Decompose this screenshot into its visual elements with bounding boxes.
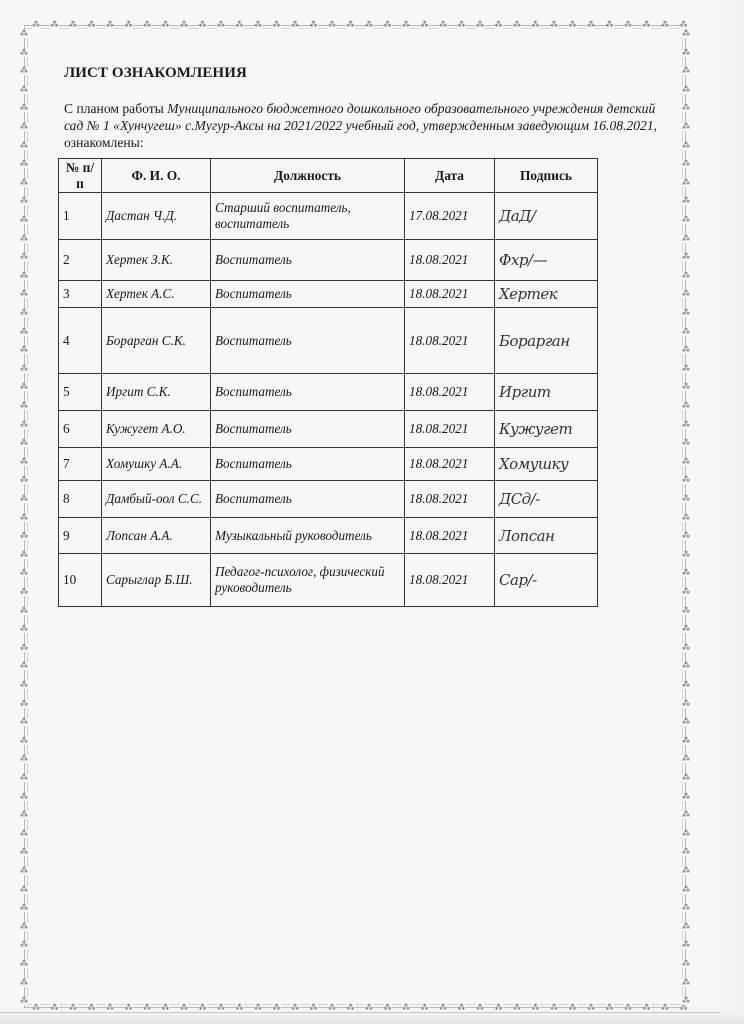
trefoil-ornament-icon: ⁂ [682,328,690,336]
row-number: 4 [59,308,102,374]
page-title: ЛИСТ ОЗНАКОМЛЕНИЯ [64,65,247,82]
header-date: Дата [405,159,495,193]
trefoil-ornament-icon: ⁂ [88,21,96,29]
row-position: Воспитатель [211,481,405,518]
trefoil-ornament-icon: ⁂ [20,607,28,615]
trefoil-ornament-icon: ⁂ [682,867,690,875]
trefoil-ornament-icon: ⁂ [20,700,28,708]
trefoil-ornament-icon: ⁂ [20,421,28,429]
table-row: 2Хертек З.К.Воспитатель18.08.2021Фхр/— [59,240,598,281]
row-name: Дамбый-оол С.С. [102,481,211,518]
trefoil-ornament-icon: ⁂ [682,588,690,596]
trefoil-ornament-icon: ⁂ [682,923,690,931]
row-position: Воспитатель [211,308,405,374]
trefoil-ornament-icon: ⁂ [682,979,690,987]
trefoil-ornament-icon: ⁂ [180,21,188,29]
trefoil-ornament-icon: ⁂ [402,21,410,29]
trefoil-ornament-icon: ⁂ [20,235,28,243]
trefoil-ornament-icon: ⁂ [20,588,28,596]
row-position: Воспитатель [211,281,405,308]
header-signature: Подпись [495,159,598,193]
trefoil-ornament-icon: ⁂ [88,1004,96,1012]
trefoil-ornament-icon: ⁂ [20,737,28,745]
trefoil-ornament-icon: ⁂ [682,30,690,38]
trefoil-ornament-icon: ⁂ [20,495,28,503]
trefoil-ornament-icon: ⁂ [20,774,28,782]
acknowledgement-table: № п/п Ф. И. О. Должность Дата Подпись 1Д… [58,158,598,607]
trefoil-ornament-icon: ⁂ [20,253,28,261]
trefoil-ornament-icon: ⁂ [20,532,28,540]
trefoil-ornament-icon: ⁂ [365,1004,373,1012]
trefoil-ornament-icon: ⁂ [682,49,690,57]
trefoil-ornament-icon: ⁂ [162,1004,170,1012]
trefoil-ornament-icon: ⁂ [682,737,690,745]
trefoil-ornament-icon: ⁂ [682,662,690,670]
trefoil-ornament-icon: ⁂ [20,514,28,522]
row-signature: ДаД/ [495,193,598,240]
row-number: 10 [59,554,102,607]
trefoil-ornament-icon: ⁂ [439,1004,447,1012]
trefoil-ornament-icon: ⁂ [20,941,28,949]
trefoil-ornament-icon: ⁂ [384,1004,392,1012]
trefoil-ornament-icon: ⁂ [682,755,690,763]
trefoil-ornament-icon: ⁂ [20,216,28,224]
trefoil-ornament-icon: ⁂ [217,21,225,29]
trefoil-ornament-icon: ⁂ [20,662,28,670]
trefoil-ornament-icon: ⁂ [532,1004,540,1012]
table-row: 8Дамбый-оол С.С.Воспитатель18.08.2021ДСд… [59,481,598,518]
trefoil-ornament-icon: ⁂ [217,1004,225,1012]
trefoil-ornament-icon: ⁂ [682,142,690,150]
trefoil-ornament-icon: ⁂ [421,21,429,29]
trefoil-ornament-icon: ⁂ [20,290,28,298]
trefoil-ornament-icon: ⁂ [106,1004,114,1012]
trefoil-ornament-icon: ⁂ [365,21,373,29]
trefoil-ornament-icon: ⁂ [143,1004,151,1012]
row-position: Старший воспитатель, воспитатель [211,193,405,240]
trefoil-ornament-icon: ⁂ [550,1004,558,1012]
trefoil-ornament-icon: ⁂ [495,1004,503,1012]
trefoil-ornament-icon: ⁂ [532,21,540,29]
trefoil-ornament-icon: ⁂ [682,718,690,726]
trefoil-ornament-icon: ⁂ [20,142,28,150]
row-number: 5 [59,374,102,411]
trefoil-ornament-icon: ⁂ [32,21,40,29]
trefoil-ornament-icon: ⁂ [180,1004,188,1012]
trefoil-ornament-icon: ⁂ [32,1004,40,1012]
trefoil-ornament-icon: ⁂ [20,625,28,633]
trefoil-ornament-icon: ⁂ [682,235,690,243]
row-number: 2 [59,240,102,281]
trefoil-ornament-icon: ⁂ [458,21,466,29]
trefoil-ornament-icon: ⁂ [513,1004,521,1012]
row-position: Воспитатель [211,374,405,411]
trefoil-ornament-icon: ⁂ [328,1004,336,1012]
trefoil-ornament-icon: ⁂ [682,346,690,354]
trefoil-ornament-icon: ⁂ [20,49,28,57]
header-number: № п/п [59,159,102,193]
trefoil-ornament-icon: ⁂ [513,21,521,29]
trefoil-ornament-icon: ⁂ [682,607,690,615]
trefoil-ornament-icon: ⁂ [682,960,690,968]
trefoil-ornament-icon: ⁂ [20,458,28,466]
trefoil-ornament-icon: ⁂ [682,439,690,447]
trefoil-ornament-icon: ⁂ [51,1004,59,1012]
table-row: 7Хомушку А.А.Воспитатель18.08.2021Хомушк… [59,448,598,481]
trefoil-ornament-icon: ⁂ [624,21,632,29]
row-date: 18.08.2021 [405,374,495,411]
trefoil-ornament-icon: ⁂ [20,365,28,373]
trefoil-ornament-icon: ⁂ [69,1004,77,1012]
trefoil-ornament-icon: ⁂ [20,793,28,801]
row-name: Дастан Ч.Д. [102,193,211,240]
trefoil-ornament-icon: ⁂ [20,272,28,280]
trefoil-ornament-icon: ⁂ [236,1004,244,1012]
trefoil-ornament-icon: ⁂ [236,21,244,29]
trefoil-ornament-icon: ⁂ [20,644,28,652]
row-position: Воспитатель [211,240,405,281]
trefoil-ornament-icon: ⁂ [20,346,28,354]
trefoil-ornament-icon: ⁂ [384,21,392,29]
row-date: 18.08.2021 [405,448,495,481]
trefoil-ornament-icon: ⁂ [682,644,690,652]
trefoil-ornament-icon: ⁂ [682,514,690,522]
row-name: Кужугет А.О. [102,411,211,448]
trefoil-ornament-icon: ⁂ [20,867,28,875]
trefoil-ornament-icon: ⁂ [682,569,690,577]
row-number: 1 [59,193,102,240]
row-signature: Борарган [495,308,598,374]
trefoil-ornament-icon: ⁂ [20,104,28,112]
header-position: Должность [211,159,405,193]
trefoil-ornament-icon: ⁂ [682,830,690,838]
trefoil-ornament-icon: ⁂ [20,402,28,410]
row-signature: Хомушку [495,448,598,481]
row-name: Хомушку А.А. [102,448,211,481]
trefoil-ornament-icon: ⁂ [20,848,28,856]
table-row: 1Дастан Ч.Д.Старший воспитатель, воспита… [59,193,598,240]
row-date: 18.08.2021 [405,411,495,448]
row-signature: Сар/- [495,554,598,607]
trefoil-ornament-icon: ⁂ [20,123,28,131]
trefoil-ornament-icon: ⁂ [328,21,336,29]
trefoil-ornament-icon: ⁂ [458,1004,466,1012]
trefoil-ornament-icon: ⁂ [20,904,28,912]
table-row: 6Кужугет А.О.Воспитатель18.08.2021Кужуге… [59,411,598,448]
trefoil-ornament-icon: ⁂ [347,21,355,29]
table-row: 4Борарган С.К.Воспитатель18.08.2021Борар… [59,308,598,374]
trefoil-ornament-icon: ⁂ [291,1004,299,1012]
row-number: 7 [59,448,102,481]
trefoil-ornament-icon: ⁂ [20,383,28,391]
row-position: Воспитатель [211,411,405,448]
trefoil-ornament-icon: ⁂ [682,700,690,708]
row-position: Педагог-психолог, физический руководител… [211,554,405,607]
trefoil-ornament-icon: ⁂ [682,793,690,801]
trefoil-ornament-icon: ⁂ [20,197,28,205]
trefoil-ornament-icon: ⁂ [20,30,28,38]
table-row: 5Иргит С.К.Воспитатель18.08.2021Иргит [59,374,598,411]
trefoil-ornament-icon: ⁂ [310,1004,318,1012]
trefoil-ornament-icon: ⁂ [254,1004,262,1012]
row-number: 3 [59,281,102,308]
trefoil-ornament-icon: ⁂ [682,495,690,503]
trefoil-ornament-icon: ⁂ [682,272,690,280]
row-name: Хертек З.К. [102,240,211,281]
row-position: Воспитатель [211,448,405,481]
trefoil-ornament-icon: ⁂ [402,1004,410,1012]
row-date: 17.08.2021 [405,193,495,240]
trefoil-ornament-icon: ⁂ [20,923,28,931]
row-name: Сарыглар Б.Ш. [102,554,211,607]
trefoil-ornament-icon: ⁂ [682,365,690,373]
row-date: 18.08.2021 [405,281,495,308]
trefoil-ornament-icon: ⁂ [682,997,690,1005]
scan-edge-line [0,1012,720,1013]
trefoil-ornament-icon: ⁂ [550,21,558,29]
row-number: 9 [59,518,102,554]
trefoil-ornament-icon: ⁂ [254,21,262,29]
trefoil-ornament-icon: ⁂ [682,941,690,949]
trefoil-ornament-icon: ⁂ [20,439,28,447]
trefoil-ornament-icon: ⁂ [682,532,690,540]
table-header-row: № п/п Ф. И. О. Должность Дата Подпись [59,159,598,193]
trefoil-ornament-icon: ⁂ [682,179,690,187]
trefoil-ornament-icon: ⁂ [20,569,28,577]
trefoil-ornament-icon: ⁂ [682,216,690,224]
row-name: Иргит С.К. [102,374,211,411]
trefoil-ornament-icon: ⁂ [682,104,690,112]
trefoil-ornament-icon: ⁂ [106,21,114,29]
row-number: 8 [59,481,102,518]
trefoil-ornament-icon: ⁂ [291,21,299,29]
trefoil-ornament-icon: ⁂ [569,21,577,29]
trefoil-ornament-icon: ⁂ [439,21,447,29]
trefoil-ornament-icon: ⁂ [20,997,28,1005]
table-row: 3Хертек А.С.Воспитатель18.08.2021Хертек [59,281,598,308]
table-row: 10Сарыглар Б.Ш.Педагог-психолог, физичес… [59,554,598,607]
trefoil-ornament-icon: ⁂ [682,811,690,819]
table-row: 9Лопсан А.А.Музыкальный руководитель18.0… [59,518,598,554]
trefoil-ornament-icon: ⁂ [310,21,318,29]
trefoil-ornament-icon: ⁂ [20,67,28,75]
trefoil-ornament-icon: ⁂ [495,21,503,29]
trefoil-ornament-icon: ⁂ [682,458,690,466]
trefoil-ornament-icon: ⁂ [682,904,690,912]
trefoil-ornament-icon: ⁂ [20,309,28,317]
trefoil-ornament-icon: ⁂ [682,886,690,894]
row-name: Лопсан А.А. [102,518,211,554]
row-number: 6 [59,411,102,448]
scan-right-edge [712,0,744,1024]
trefoil-ornament-icon: ⁂ [661,1004,669,1012]
row-signature: Хертек [495,281,598,308]
trefoil-ornament-icon: ⁂ [643,21,651,29]
trefoil-ornament-icon: ⁂ [273,1004,281,1012]
trefoil-ornament-icon: ⁂ [682,681,690,689]
trefoil-ornament-icon: ⁂ [682,86,690,94]
trefoil-ornament-icon: ⁂ [682,421,690,429]
trefoil-ornament-icon: ⁂ [20,718,28,726]
trefoil-ornament-icon: ⁂ [476,21,484,29]
row-signature: Фхр/— [495,240,598,281]
trefoil-ornament-icon: ⁂ [606,1004,614,1012]
trefoil-ornament-icon: ⁂ [643,1004,651,1012]
trefoil-ornament-icon: ⁂ [20,160,28,168]
trefoil-ornament-icon: ⁂ [682,625,690,633]
trefoil-ornament-icon: ⁂ [682,848,690,856]
row-signature: Кужугет [495,411,598,448]
row-date: 18.08.2021 [405,481,495,518]
trefoil-ornament-icon: ⁂ [20,681,28,689]
trefoil-ornament-icon: ⁂ [661,21,669,29]
row-signature: Лопсан [495,518,598,554]
row-signature: Иргит [495,374,598,411]
trefoil-ornament-icon: ⁂ [587,21,595,29]
trefoil-ornament-icon: ⁂ [682,551,690,559]
header-name: Ф. И. О. [102,159,211,193]
trefoil-ornament-icon: ⁂ [682,383,690,391]
trefoil-ornament-icon: ⁂ [587,1004,595,1012]
trefoil-ornament-icon: ⁂ [69,21,77,29]
trefoil-ornament-icon: ⁂ [421,1004,429,1012]
trefoil-ornament-icon: ⁂ [20,476,28,484]
row-position: Музыкальный руководитель [211,518,405,554]
trefoil-ornament-icon: ⁂ [20,979,28,987]
row-date: 18.08.2021 [405,554,495,607]
trefoil-ornament-icon: ⁂ [347,1004,355,1012]
row-name: Хертек А.С. [102,281,211,308]
trefoil-ornament-icon: ⁂ [51,21,59,29]
trefoil-ornament-icon: ⁂ [199,1004,207,1012]
trefoil-ornament-icon: ⁂ [125,21,133,29]
trefoil-ornament-icon: ⁂ [682,123,690,131]
trefoil-ornament-icon: ⁂ [20,830,28,838]
trefoil-ornament-icon: ⁂ [682,774,690,782]
trefoil-ornament-icon: ⁂ [680,21,688,29]
trefoil-ornament-icon: ⁂ [125,1004,133,1012]
row-date: 18.08.2021 [405,308,495,374]
trefoil-ornament-icon: ⁂ [476,1004,484,1012]
row-date: 18.08.2021 [405,240,495,281]
trefoil-ornament-icon: ⁂ [569,1004,577,1012]
trefoil-ornament-icon: ⁂ [273,21,281,29]
row-date: 18.08.2021 [405,518,495,554]
trefoil-ornament-icon: ⁂ [680,1004,688,1012]
trefoil-ornament-icon: ⁂ [20,551,28,559]
trefoil-ornament-icon: ⁂ [682,160,690,168]
row-signature: ДСд/- [495,481,598,518]
trefoil-ornament-icon: ⁂ [199,21,207,29]
trefoil-ornament-icon: ⁂ [20,328,28,336]
trefoil-ornament-icon: ⁂ [682,197,690,205]
trefoil-ornament-icon: ⁂ [682,253,690,261]
trefoil-ornament-icon: ⁂ [20,886,28,894]
trefoil-ornament-icon: ⁂ [682,309,690,317]
row-name: Борарган С.К. [102,308,211,374]
trefoil-ornament-icon: ⁂ [624,1004,632,1012]
trefoil-ornament-icon: ⁂ [162,21,170,29]
trefoil-ornament-icon: ⁂ [20,755,28,763]
trefoil-ornament-icon: ⁂ [682,67,690,75]
intro-paragraph: С планом работы Муниципального бюджетног… [64,100,664,151]
trefoil-ornament-icon: ⁂ [20,811,28,819]
intro-lead: С планом работы [64,101,167,116]
trefoil-ornament-icon: ⁂ [143,21,151,29]
trefoil-ornament-icon: ⁂ [682,476,690,484]
trefoil-ornament-icon: ⁂ [682,290,690,298]
trefoil-ornament-icon: ⁂ [20,960,28,968]
trefoil-ornament-icon: ⁂ [682,402,690,410]
trefoil-ornament-icon: ⁂ [20,86,28,94]
trefoil-ornament-icon: ⁂ [20,179,28,187]
trefoil-ornament-icon: ⁂ [606,21,614,29]
